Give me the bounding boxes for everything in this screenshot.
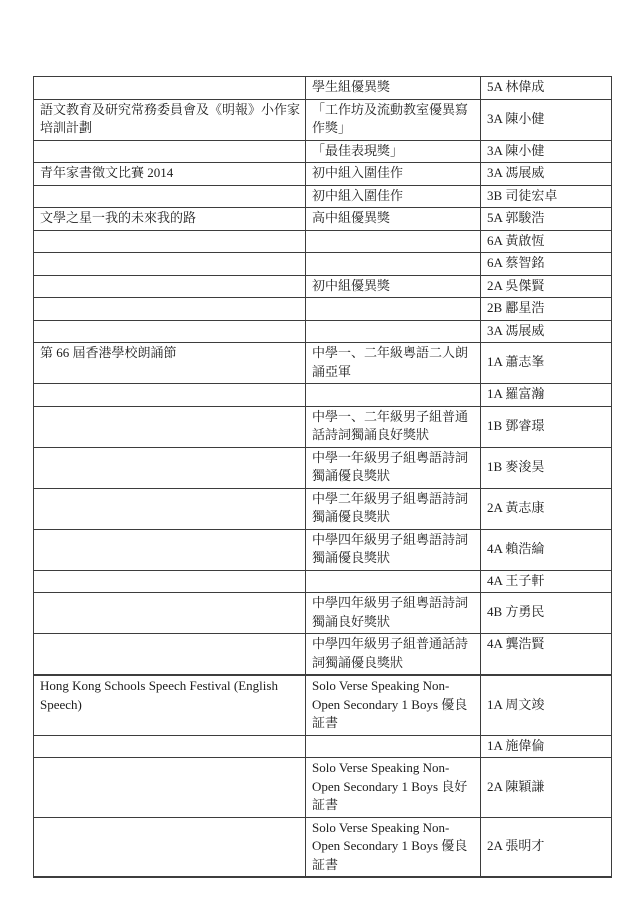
student-cell: 4A 賴浩綸	[481, 529, 612, 570]
award-cell: 初中組入圍佳作	[306, 163, 481, 186]
award-cell: Solo Verse Speaking Non-Open Secondary 1…	[306, 817, 481, 877]
table-row: Hong Kong Schools Speech Festival (Engli…	[34, 675, 612, 735]
table-row: 中學四年級男子組粵語詩詞獨誦優良獎狀4A 賴浩綸	[34, 529, 612, 570]
table-row: 文學之星一我的未來我的路高中組優異獎5A 郭駿浩	[34, 208, 612, 231]
table-row: 學生組優異獎5A 林偉成	[34, 77, 612, 100]
table-row: Solo Verse Speaking Non-Open Secondary 1…	[34, 817, 612, 877]
student-cell: 6A 黃啟恆	[481, 230, 612, 253]
award-cell: 「工作坊及流動教室優異寫作獎」	[306, 99, 481, 140]
award-cell	[306, 230, 481, 253]
award-cell: 初中組入圍佳作	[306, 185, 481, 208]
award-cell: 中學一、二年級男子組普通話詩詞獨誦良好獎狀	[306, 406, 481, 447]
student-cell: 1A 施偉倫	[481, 735, 612, 758]
table-row: 中學二年級男子組粵語詩詞獨誦優良獎狀2A 黃志康	[34, 488, 612, 529]
award-cell: 初中組優異獎	[306, 275, 481, 298]
student-cell: 1A 羅富瀚	[481, 384, 612, 407]
award-cell	[306, 253, 481, 276]
competition-cell	[34, 230, 306, 253]
table-row: 3A 馮展威	[34, 320, 612, 343]
competition-cell	[34, 634, 306, 676]
competition-cell	[34, 447, 306, 488]
student-cell: 1A 周文竣	[481, 675, 612, 735]
table-row: 中學四年級男子組普通話詩詞獨誦優良獎狀4A 龔浩賢	[34, 634, 612, 676]
document-page: 學生組優異獎5A 林偉成語文教育及研究常務委員會及《明報》小作家培訓計劃「工作坊…	[0, 0, 636, 900]
award-cell: 中學四年級男子組普通話詩詞獨誦優良獎狀	[306, 634, 481, 676]
award-cell: Solo Verse Speaking Non-Open Secondary 1…	[306, 758, 481, 818]
competition-cell	[34, 593, 306, 634]
award-cell: 中學一、二年級粵語二人朗誦亞軍	[306, 343, 481, 384]
competition-cell	[34, 320, 306, 343]
table-row: 1A 羅富瀚	[34, 384, 612, 407]
student-cell: 2A 張明才	[481, 817, 612, 877]
award-cell: 中學四年級男子組粵語詩詞獨誦優良獎狀	[306, 529, 481, 570]
table-row: 中學一、二年級男子組普通話詩詞獨誦良好獎狀1B 鄧睿璟	[34, 406, 612, 447]
award-cell	[306, 298, 481, 321]
award-cell	[306, 735, 481, 758]
table-row: 4A 王子軒	[34, 570, 612, 593]
competition-cell: Hong Kong Schools Speech Festival (Engli…	[34, 675, 306, 735]
student-cell: 4A 王子軒	[481, 570, 612, 593]
competition-cell	[34, 570, 306, 593]
table-row: 中學四年級男子組粵語詩詞獨誦良好獎狀4B 方勇民	[34, 593, 612, 634]
competition-cell	[34, 384, 306, 407]
competition-cell: 語文教育及研究常務委員會及《明報》小作家培訓計劃	[34, 99, 306, 140]
award-cell	[306, 384, 481, 407]
student-cell: 2B 酈星浩	[481, 298, 612, 321]
competition-cell	[34, 77, 306, 100]
student-cell: 5A 林偉成	[481, 77, 612, 100]
competition-cell	[34, 758, 306, 818]
award-cell	[306, 320, 481, 343]
competition-cell	[34, 253, 306, 276]
student-cell: 1A 蕭志峯	[481, 343, 612, 384]
student-cell: 2A 吳傑賢	[481, 275, 612, 298]
student-cell: 4A 龔浩賢	[481, 634, 612, 676]
student-cell: 1B 麥浚昊	[481, 447, 612, 488]
table-row: 6A 黃啟恆	[34, 230, 612, 253]
competition-cell	[34, 817, 306, 877]
awards-table-body: 學生組優異獎5A 林偉成語文教育及研究常務委員會及《明報》小作家培訓計劃「工作坊…	[34, 77, 612, 878]
award-cell: 「最佳表現獎」	[306, 140, 481, 163]
table-row: 「最佳表現獎」3A 陳小健	[34, 140, 612, 163]
table-row: 中學一年級男子組粵語詩詞獨誦優良獎狀1B 麥浚昊	[34, 447, 612, 488]
award-cell: 中學四年級男子組粵語詩詞獨誦良好獎狀	[306, 593, 481, 634]
student-cell: 2A 陳穎謙	[481, 758, 612, 818]
student-cell: 3B 司徒宏卓	[481, 185, 612, 208]
competition-cell	[34, 185, 306, 208]
award-cell: Solo Verse Speaking Non-Open Secondary 1…	[306, 675, 481, 735]
competition-cell	[34, 488, 306, 529]
student-cell: 5A 郭駿浩	[481, 208, 612, 231]
table-row: 1A 施偉倫	[34, 735, 612, 758]
student-cell: 2A 黃志康	[481, 488, 612, 529]
competition-cell	[34, 298, 306, 321]
competition-cell: 第 66 屆香港學校朗誦節	[34, 343, 306, 384]
awards-table: 學生組優異獎5A 林偉成語文教育及研究常務委員會及《明報》小作家培訓計劃「工作坊…	[33, 76, 612, 878]
student-cell: 3A 陳小健	[481, 99, 612, 140]
table-row: 語文教育及研究常務委員會及《明報》小作家培訓計劃「工作坊及流動教室優異寫作獎」3…	[34, 99, 612, 140]
table-row: Solo Verse Speaking Non-Open Secondary 1…	[34, 758, 612, 818]
table-row: 2B 酈星浩	[34, 298, 612, 321]
student-cell: 3A 馮展威	[481, 163, 612, 186]
competition-cell: 青年家書徵文比賽 2014	[34, 163, 306, 186]
award-cell: 中學二年級男子組粵語詩詞獨誦優良獎狀	[306, 488, 481, 529]
competition-cell: 文學之星一我的未來我的路	[34, 208, 306, 231]
competition-cell	[34, 529, 306, 570]
student-cell: 3A 馮展威	[481, 320, 612, 343]
competition-cell	[34, 735, 306, 758]
award-cell: 學生組優異獎	[306, 77, 481, 100]
student-cell: 1B 鄧睿璟	[481, 406, 612, 447]
competition-cell	[34, 275, 306, 298]
table-row: 初中組入圍佳作3B 司徒宏卓	[34, 185, 612, 208]
table-row: 6A 蔡智銘	[34, 253, 612, 276]
table-row: 青年家書徵文比賽 2014初中組入圍佳作3A 馮展威	[34, 163, 612, 186]
award-cell: 高中組優異獎	[306, 208, 481, 231]
student-cell: 3A 陳小健	[481, 140, 612, 163]
competition-cell	[34, 140, 306, 163]
student-cell: 4B 方勇民	[481, 593, 612, 634]
award-cell	[306, 570, 481, 593]
award-cell: 中學一年級男子組粵語詩詞獨誦優良獎狀	[306, 447, 481, 488]
student-cell: 6A 蔡智銘	[481, 253, 612, 276]
table-row: 第 66 屆香港學校朗誦節中學一、二年級粵語二人朗誦亞軍1A 蕭志峯	[34, 343, 612, 384]
competition-cell	[34, 406, 306, 447]
table-row: 初中組優異獎2A 吳傑賢	[34, 275, 612, 298]
